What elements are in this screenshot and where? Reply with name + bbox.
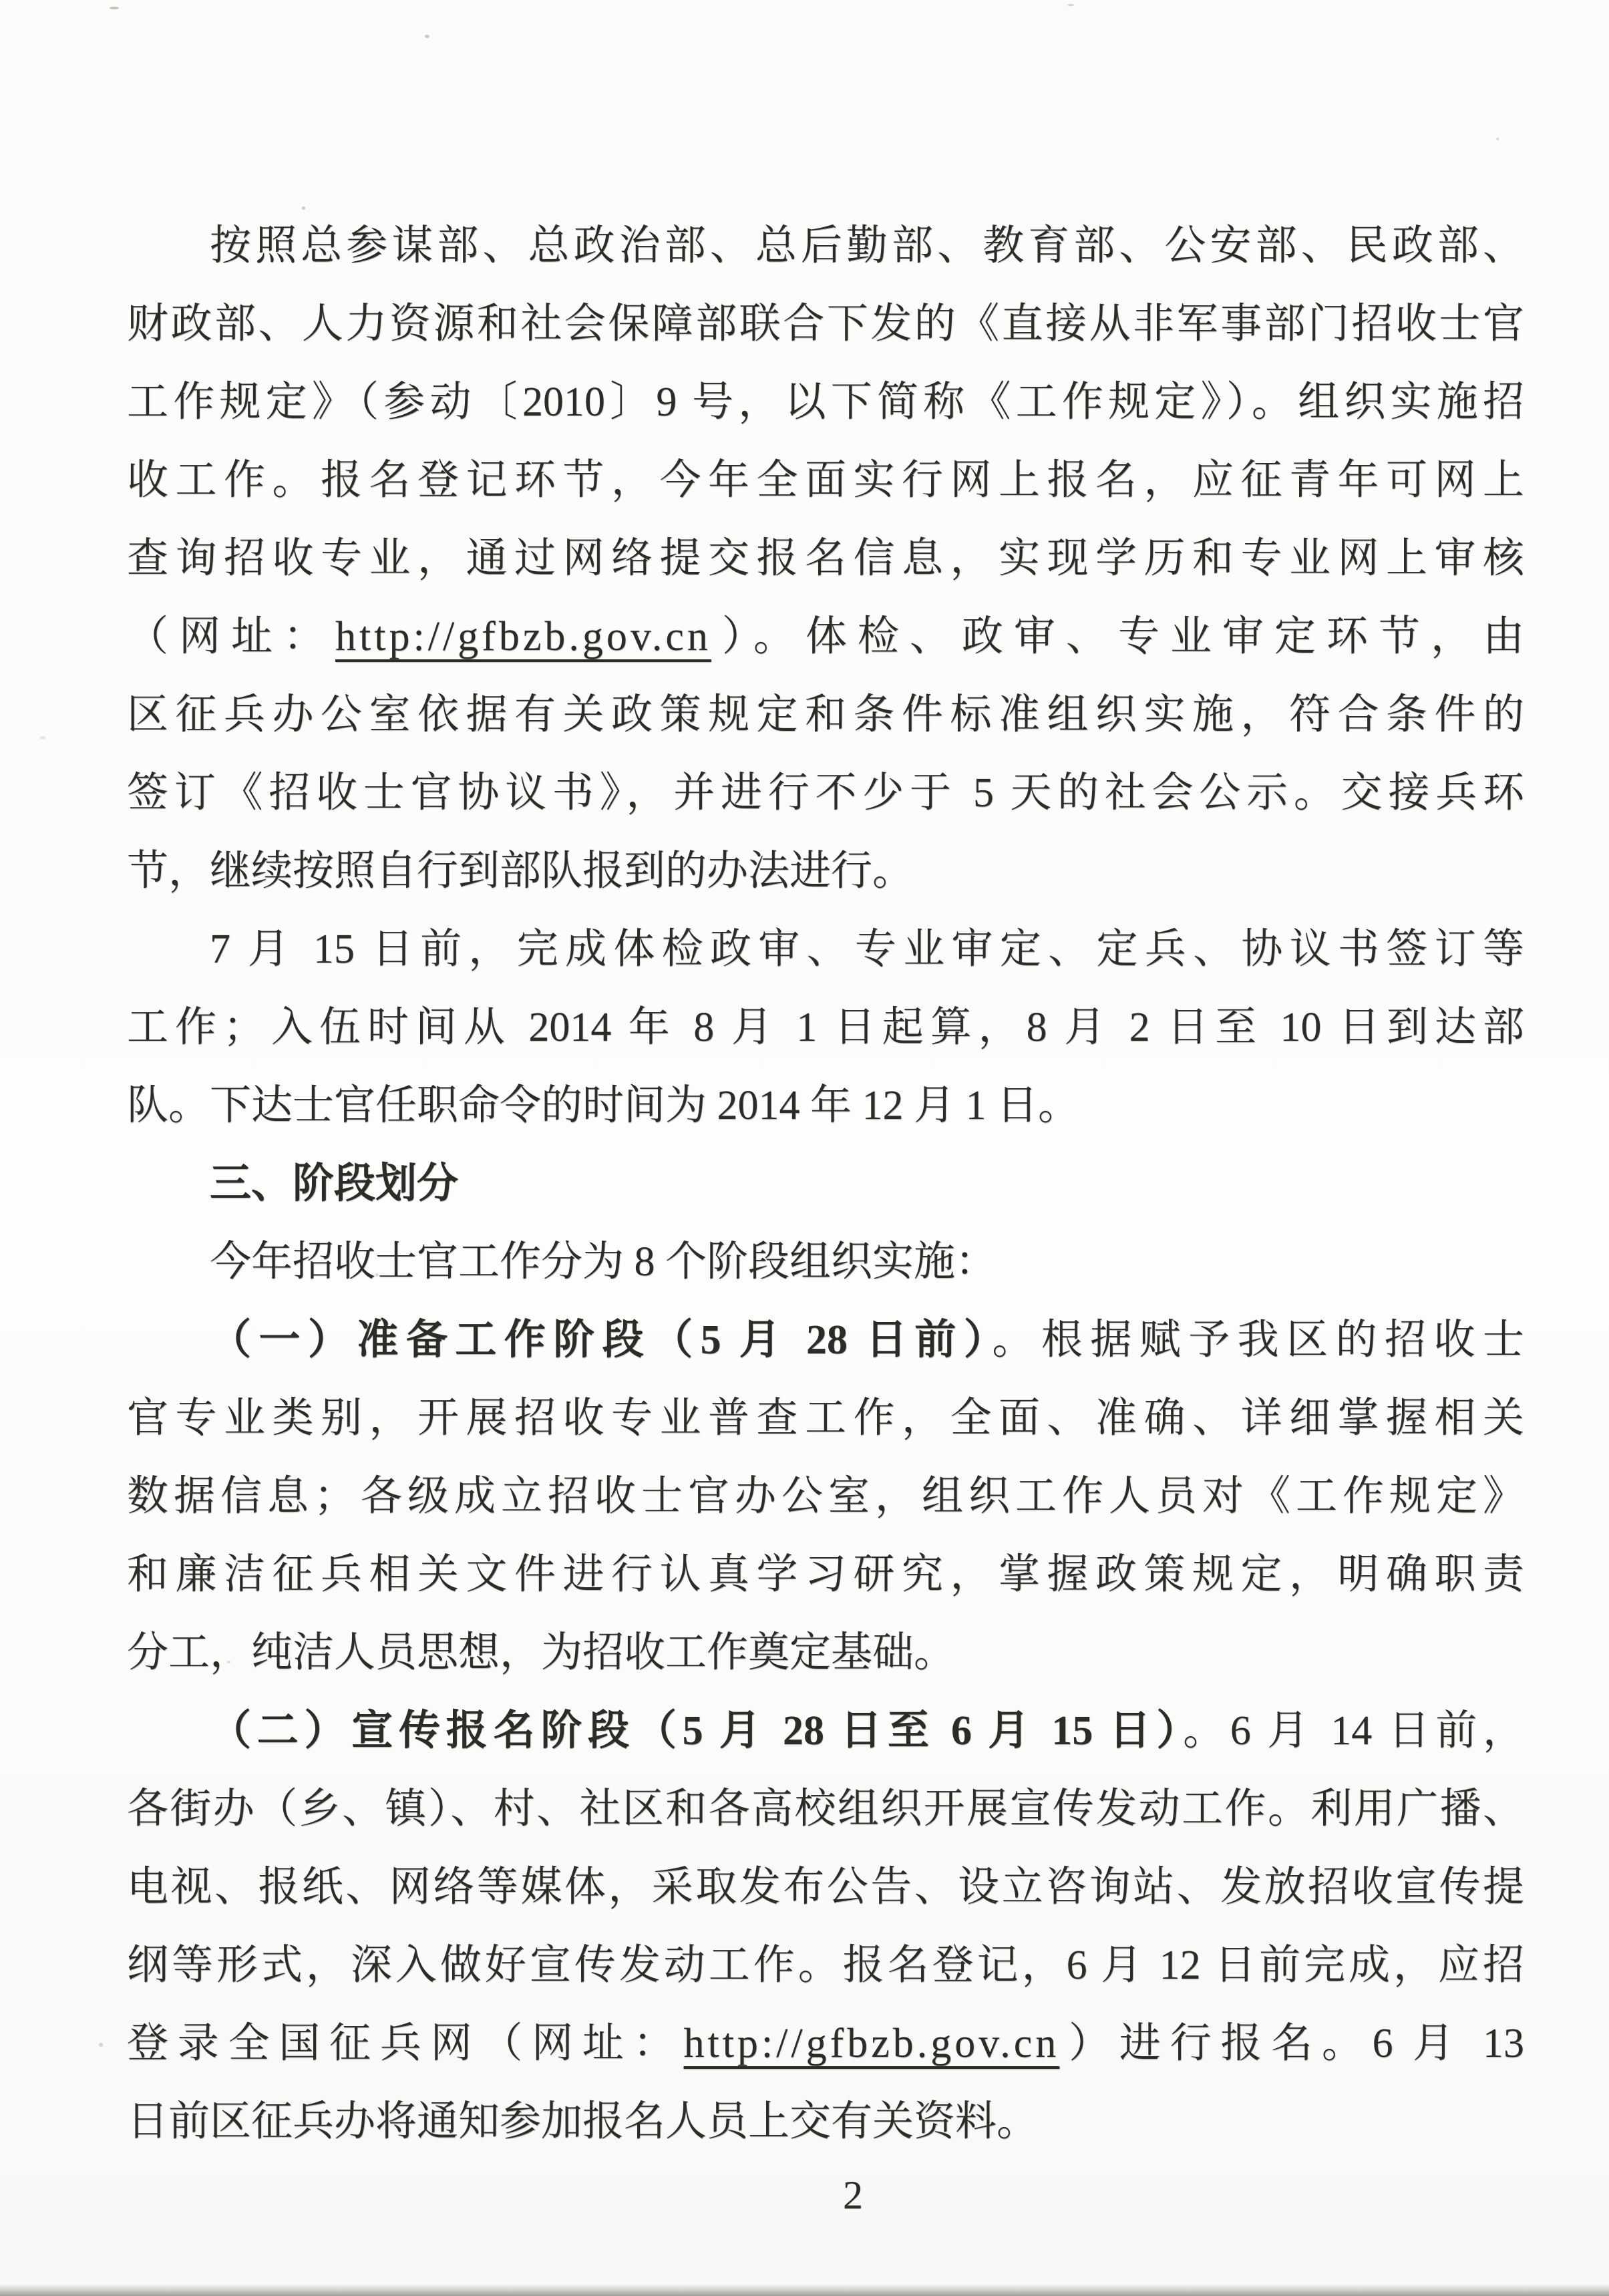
text-line: （二）宣传报名阶段（5 月 28 日至 6 月 15 日）。6 月 14 日前， [127, 1692, 1524, 1770]
text-run: 三、阶段划分 [210, 1161, 458, 1206]
text-line: （网址：http://gfbzb.gov.cn）。体检、政审、专业审定环节，由 [127, 598, 1524, 676]
scan-speck [227, 1661, 230, 1663]
scan-speck [375, 1273, 379, 1277]
text-line: 收工作。报名登记环节，今年全面实行网上报名，应征青年可网上 [127, 442, 1524, 520]
scan-speck [425, 35, 429, 38]
text-run: ）进行报名。6 月 13 [1059, 2021, 1524, 2066]
text-run: 节，继续按照自行到部队报到的办法进行。 [127, 848, 914, 894]
text-line: 数据信息；各级成立招收士官办公室，组织工作人员对《工作规定》 [127, 1458, 1524, 1536]
scan-speck [40, 736, 46, 740]
text-line: （一）准备工作阶段（5 月 28 日前）。根据赋予我区的招收士 [127, 1301, 1524, 1379]
text-run: （二）宣传报名阶段（5 月 28 日至 6 月 15 日） [210, 1708, 1183, 1754]
text-run: 收工作。报名登记环节，今年全面实行网上报名，应征青年可网上 [127, 458, 1524, 503]
text-run: 7 月 15 日前，完成体检政审、专业审定、定兵、协议书签订等 [210, 927, 1524, 972]
text-line: 官专业类别，开展招收专业普查工作，全面、准确、详细掌握相关 [127, 1379, 1524, 1458]
text-line: 各街办（乡、镇）、村、社区和各高校组织开展宣传发动工作。利用广播、 [127, 1770, 1524, 1848]
text-run: 今年招收士官工作分为 8 个阶段组织实施： [210, 1239, 997, 1285]
text-run: 按照总参谋部、总政治部、总后勤部、教育部、公安部、民政部、 [210, 223, 1524, 269]
scan-edge-artifact [0, 2284, 1609, 2296]
text-line: 工作规定》（参动〔2010〕9 号，以下简称《工作规定》）。组织实施招 [127, 363, 1524, 442]
text-line: 电视、报纸、网络等媒体，采取发布公告、设立咨询站、发放招收宣传提 [127, 1848, 1524, 1927]
text-line: 今年招收士官工作分为 8 个阶段组织实施： [127, 1223, 1524, 1301]
text-run: 官专业类别，开展招收专业普查工作，全面、准确、详细掌握相关 [127, 1396, 1524, 1441]
url-text: http://gfbzb.gov.cn [683, 2021, 1059, 2066]
text-run: 财政部、人力资源和社会保障部联合下发的《直接从非军事部门招收士官 [127, 301, 1524, 347]
scanned-document-page: 按照总参谋部、总政治部、总后勤部、教育部、公安部、民政部、财政部、人力资源和社会… [0, 0, 1609, 2296]
text-run: 数据信息；各级成立招收士官办公室，组织工作人员对《工作规定》 [127, 1474, 1524, 1519]
text-run: 电视、报纸、网络等媒体，采取发布公告、设立咨询站、发放招收宣传提 [127, 1864, 1524, 1910]
page-number: 2 [843, 2172, 863, 2219]
text-line: 签订《招收士官协议书》，并进行不少于 5 天的社会公示。交接兵环 [127, 754, 1524, 832]
text-run: （一）准备工作阶段（5 月 28 日前） [210, 1317, 992, 1363]
text-run: 工作；入伍时间从 2014 年 8 月 1 日起算，8 月 2 日至 10 日到… [127, 1005, 1524, 1050]
text-run: 队。下达士官任职命令的时间为 2014 年 12 月 1 日。 [127, 1083, 1079, 1128]
text-run: 。6 月 14 日前， [1183, 1708, 1524, 1754]
text-line: 按照总参谋部、总政治部、总后勤部、教育部、公安部、民政部、 [127, 207, 1524, 285]
text-line: 节，继续按照自行到部队报到的办法进行。 [127, 832, 1524, 911]
text-line: 查询招收专业，通过网络提交报名信息，实现学历和专业网上审核 [127, 520, 1524, 598]
text-run: 工作规定》（参动〔2010〕9 号，以下简称《工作规定》）。组织实施招 [127, 379, 1524, 425]
text-line: 纲等形式，深入做好宣传发动工作。报名登记，6 月 12 日前完成，应招 [127, 1927, 1524, 2005]
text-run: 登录全国征兵网（网址： [127, 2021, 683, 2066]
text-line: 区征兵办公室依据有关政策规定和条件标准组织实施，符合条件的 [127, 676, 1524, 754]
text-run: 查询招收专业，通过网络提交报名信息，实现学历和专业网上审核 [127, 536, 1524, 581]
scan-speck [302, 206, 305, 210]
text-run: 区征兵办公室依据有关政策规定和条件标准组织实施，符合条件的 [127, 692, 1524, 737]
scan-speck [110, 7, 119, 9]
text-run: 日前区征兵办将通知参加报名人员上交有关资料。 [127, 2099, 1038, 2144]
url-text: http://gfbzb.gov.cn [335, 614, 711, 659]
text-line: 登录全国征兵网（网址：http://gfbzb.gov.cn）进行报名。6 月 … [127, 2005, 1524, 2083]
scan-speck [1067, 4, 1074, 6]
text-run: 各街办（乡、镇）、村、社区和各高校组织开展宣传发动工作。利用广播、 [127, 1786, 1524, 1832]
text-run: 和廉洁征兵相关文件进行认真学习研究，掌握政策规定，明确职责 [127, 1552, 1524, 1597]
text-line: 和廉洁征兵相关文件进行认真学习研究，掌握政策规定，明确职责 [127, 1536, 1524, 1614]
text-line: 分工，纯洁人员思想，为招收工作奠定基础。 [127, 1614, 1524, 1692]
text-line: 财政部、人力资源和社会保障部联合下发的《直接从非军事部门招收士官 [127, 285, 1524, 363]
text-run: 分工，纯洁人员思想，为招收工作奠定基础。 [127, 1630, 955, 1675]
text-run: 签订《招收士官协议书》，并进行不少于 5 天的社会公示。交接兵环 [127, 770, 1524, 816]
text-line: 队。下达士官任职命令的时间为 2014 年 12 月 1 日。 [127, 1067, 1524, 1145]
text-line: 工作；入伍时间从 2014 年 8 月 1 日起算，8 月 2 日至 10 日到… [127, 989, 1524, 1067]
text-run: （网址： [127, 614, 335, 659]
document-body: 按照总参谋部、总政治部、总后勤部、教育部、公安部、民政部、财政部、人力资源和社会… [127, 207, 1524, 2161]
text-line: 7 月 15 日前，完成体检政审、专业审定、定兵、协议书签订等 [127, 911, 1524, 989]
text-run: 纲等形式，深入做好宣传发动工作。报名登记，6 月 12 日前完成，应招 [127, 1943, 1524, 1988]
scan-speck [99, 2043, 103, 2047]
text-run: 。根据赋予我区的招收士 [992, 1317, 1524, 1363]
text-line: 日前区征兵办将通知参加报名人员上交有关资料。 [127, 2083, 1524, 2161]
text-run: ）。体检、政审、专业审定环节，由 [711, 614, 1524, 659]
heading-line: 三、阶段划分 [127, 1145, 1524, 1223]
scan-speck [1496, 138, 1499, 140]
